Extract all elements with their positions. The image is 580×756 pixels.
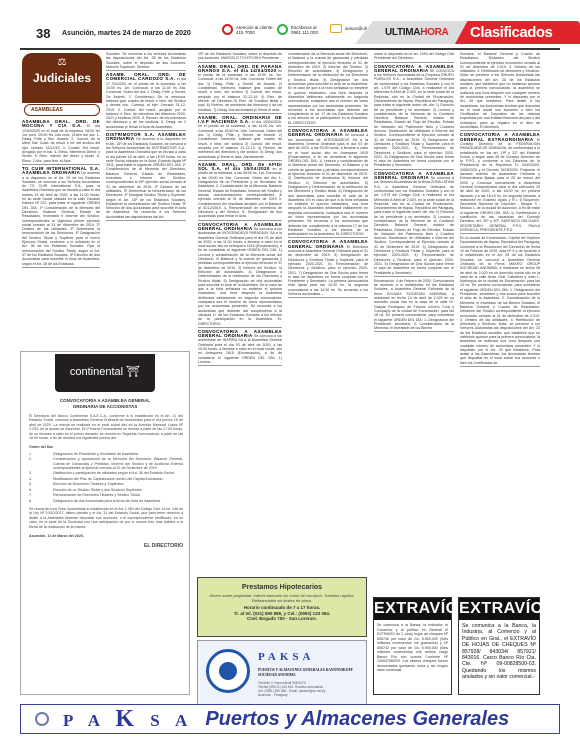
ad-body: Encarnación, 4 de Febrero de 2020. Convo… <box>374 279 454 330</box>
asambleas-label: ASAMBLEAS <box>31 107 63 113</box>
column-6: Sociales, el Balance General y Cuadro de… <box>460 52 540 594</box>
item-text: Distribución y participación de utilidad… <box>53 471 175 475</box>
ad-body: 15º de los Estatutos Sociales, sobre el … <box>198 52 282 60</box>
ad-heading: ASAMB. ORAL. ORD. DE COMERCIAL CARDOZO S… <box>106 72 186 81</box>
classified-ad: CONVOCATORIA A ASAMBLEA GENERAL EXTRAORD… <box>460 133 540 234</box>
continental-body: El Directorio del Banco Continental S.A.… <box>29 414 183 549</box>
email-icon <box>330 24 342 33</box>
contact-phone: Atención al cliente:415 7000 <box>222 24 274 35</box>
paksa-footer-banner: P A K S A Puertos y Almacenes Generales <box>20 704 560 734</box>
classified-ad: CONVOCATORIA A ASAMBLEA GENERAL ORDINARI… <box>374 65 454 170</box>
item-text: Designación de dos Accionistas para la f… <box>53 499 161 503</box>
classified-ad: CONVOCATORIA A ASAMBLEA GENERAL ORDINARI… <box>374 172 454 277</box>
agenda-item: 3.Distribución y participación de utilid… <box>29 471 183 475</box>
agenda-item: 8.Designación de dos Accionistas para la… <box>29 499 183 503</box>
item-number: 3. <box>29 471 33 475</box>
asambleas-subheading: ASAMBLEAS <box>24 104 100 116</box>
extravio-title: EXTRAVÍO <box>374 598 451 620</box>
classified-ad: Sociales, el Balance General y Cuadro de… <box>460 52 540 131</box>
ad-body: De acuerdo a lo dispuesto en el Art. 15º… <box>106 137 186 218</box>
logo-ultima: ULTIMA <box>385 27 420 38</box>
ad-heading: ASAMB. ORAL. ORD. DE PARANA GRANOS S.A. … <box>198 64 282 73</box>
continental-ad: continental ⛩ CONVOCATORIA A ASAMBLEA GE… <box>20 351 190 695</box>
classified-ad: ASAMB. ORAL. ORD. De AFIDI SOL S.A. el d… <box>198 163 282 221</box>
paksa-city: Asunción - Paraguay <box>258 693 325 697</box>
paksa-subtitle: PUERTOS Y ALMACENES GENERALES KANONNIKOF… <box>258 668 366 677</box>
contact-value: 415 7000 <box>236 30 255 35</box>
continental-logo: continental ⛩ <box>55 354 155 392</box>
ad-title: Prestamos Hipotecarios <box>198 584 366 591</box>
whatsapp-icon <box>277 24 288 35</box>
ad-body: el día 17 /04/2020, en el predio de la s… <box>106 77 186 128</box>
ad-address: Cnel. Bogado 750 - San Lorenzo. <box>198 616 366 622</box>
item-text: Elección de un Síndico Titular y dos Sín… <box>53 488 143 492</box>
paksa-brand: P A K S A <box>63 706 193 733</box>
intro-text: El Directorio del Banco Continental S.A.… <box>29 414 183 440</box>
ad-body: Se convoca a los Señores Accionistas de … <box>374 176 454 275</box>
ad-contact: Horario continuado de 7 a 17 horas. Tr. … <box>198 605 366 622</box>
agenda-item: 5.Elección de Directores Titulares y Sup… <box>29 482 183 486</box>
ad-body: Se convoca a los accionistas de INTEGRAD… <box>288 133 368 236</box>
agenda-item: 2.Consideración y aprobación de la Memor… <box>29 457 183 470</box>
ad-tagline: Dinero sobre propiedad. Interes bancario… <box>198 593 366 603</box>
classified-ad: ASAMB. ORAL. ORD. DE COMERCIAL CARDOZO S… <box>106 73 186 131</box>
prestamos-hipotecarios-ad: Prestamos Hipotecarios Dinero sobre prop… <box>197 577 367 637</box>
contact-value: 0981 111 003 <box>291 30 318 35</box>
column-3: 15º de los Estatutos Sociales, sobre el … <box>198 52 282 574</box>
paksa-name: PAKSA <box>258 651 314 663</box>
ad-body: sobre lo dispuesto en el art. 1094 del C… <box>374 52 454 60</box>
shareholder-note: Se recuerda a los Sres. Accionistas lo e… <box>29 507 183 529</box>
classified-ad: sobre lo dispuesto en el art. 1094 del C… <box>374 52 454 63</box>
classified-ad: DISTRIMOTOR S.A. ASAMBLEA ORDINARIA De a… <box>106 133 186 221</box>
extravio-body: Se comunica a la Banca, la Industria, el… <box>374 620 451 676</box>
agenda-list: 1.Designación de Presidente y Secretario… <box>29 452 183 503</box>
agenda-item: 4.Modificación del Plan de Capitalizació… <box>29 477 183 481</box>
page-header: 38 Asunción, martes 24 de marzo de 2020 … <box>0 0 580 52</box>
classified-ad: CONVOCATORIA A ASAMBLEA GENERAL ORDINARI… <box>288 129 368 238</box>
agenda-item: 1.Designación de Presidente y Secretario… <box>29 452 183 456</box>
ad-body: en el predio de la sociedad, a las 13:00… <box>198 69 282 112</box>
classified-ad: 15º de los Estatutos Sociales, sobre el … <box>198 52 282 63</box>
extravio-notice-1: EXTRAVÍO Se comunica a la Banca, la Indu… <box>373 597 452 695</box>
item-number: 4. <box>29 477 33 481</box>
contact-whatsapp: Escribinos al0981 111 003 <box>277 24 318 35</box>
paksa-tagline: Puertos y Almacenes Generales <box>205 708 509 731</box>
ad-body: el día 15/04/2020, en el predio de la so… <box>198 120 282 158</box>
section-title: Clasificados <box>470 24 552 41</box>
phone-icon <box>222 24 233 35</box>
ad-heading: ASAMB. ORAL. ORD. De AFIDI SOL S.A. el d… <box>198 162 282 171</box>
item-number: 2. <box>29 457 33 470</box>
ad-heading: CONVOCATORIA A ASAMBLEA GENERAL EXTRAORD… <box>460 132 540 141</box>
ad-body: El Directorio convoca a Asamblea General… <box>288 245 368 296</box>
agenda-item: 6.Elección de un Síndico Titular y dos S… <box>29 488 183 492</box>
paksa-seal-icon <box>35 712 49 726</box>
ad-body: De acuerdo a lo dispuesto en el Art. 29 … <box>22 171 100 265</box>
ad-body: El Consejo Directivo de la FEDERACION PA… <box>460 138 540 232</box>
ad-body: en el predio de la sociedad, a las 08:00… <box>198 167 282 218</box>
header-divider <box>20 48 560 50</box>
column-2: Sociales. Se recuerda a los señores Acci… <box>106 52 186 348</box>
ad-body: consideración de la Memoria anual del Di… <box>288 52 368 125</box>
paksa-ad: PAKSA PUERTOS Y ALMACENES GENERALES KANO… <box>197 640 367 710</box>
ad-body: Se convoca a los accionistas de INSPIRA … <box>198 334 282 364</box>
classified-ad: CONVOCATORIA A ASAMBLEA GENERAL ORDINARI… <box>288 240 368 298</box>
issue-date: Asunción, martes 24 de marzo de 2020 <box>62 30 191 37</box>
item-text: Consideración y aprobación de la Memoria… <box>53 457 183 470</box>
item-number: 1. <box>29 452 33 456</box>
item-number: 8. <box>29 499 33 503</box>
ad-body: Sociales, el Balance General y Cuadro de… <box>460 52 540 129</box>
classified-ad: consideración de la Memoria anual del Di… <box>288 52 368 127</box>
item-number: 7. <box>29 493 33 497</box>
classified-ad: Sociales. Se recuerda a los señores Acci… <box>106 52 186 71</box>
continental-title: CONVOCATORIA A ASAMBLEA GENERAL ORDINARI… <box>21 398 189 410</box>
signed-date: Asunción, 11 de Marzo del 2020. <box>29 534 183 538</box>
agenda-item: 7.Remuneración de Directores Titulares y… <box>29 493 183 497</box>
paksa-info: Teniente V. Kanonnikoff 998/1070. Telefa… <box>258 681 325 697</box>
classified-ad: ASAMB. ORAL. ORD. DE PARANA GRANOS S.A. … <box>198 65 282 114</box>
classified-ad: ASAMBLEA GRAL. ORD. DE MOCONA Y CIA S.A.… <box>22 120 100 165</box>
extravio-body: Se comunica a la Banca, la Industria, al… <box>459 620 539 684</box>
ad-body: SE CONVOCA a los Señores Accionistas de … <box>374 69 454 168</box>
classified-ad: CONVOCATORIA A ASAMBLEA GENERAL ORDINARI… <box>198 330 282 366</box>
item-text: Remuneración de Directores Titulares y S… <box>53 493 141 497</box>
signature: EL DIRECTORIO <box>29 544 183 548</box>
item-number: 5. <box>29 482 33 486</box>
ad-body: En la ciudad de Encarnación, Capital del… <box>460 236 540 365</box>
logo-text: continental <box>70 366 123 378</box>
classified-ad: CONVOCATORIA A ASAMBLEA GENERAL ORDINARI… <box>198 223 282 328</box>
column-5: sobre lo dispuesto en el art. 1094 del C… <box>374 52 454 594</box>
item-text: Elección de Directores Titulares y Suple… <box>53 482 124 486</box>
item-text: Designación de Presidente y Secretario d… <box>53 452 139 456</box>
judiciales-badge: ⚖ Judiciales <box>22 53 102 103</box>
item-text: Modificación del Plan de Capitalización … <box>53 477 163 481</box>
judiciales-label: Judiciales <box>22 71 102 85</box>
classified-ad: En la ciudad de Encarnación, Capital del… <box>460 236 540 367</box>
page-number: 38 <box>36 26 50 41</box>
paksa-seal-icon <box>206 649 250 693</box>
logo-hora: HORA <box>420 27 448 38</box>
extravio-notice-2: EXTRAVÍO Se comunica a la Banca, la Indu… <box>458 597 540 695</box>
ad-body: El día 12/04/2020 en el local de la empr… <box>22 124 100 162</box>
ad-body: Se convoca a los accionistas de INTEGRAD… <box>198 227 282 326</box>
extravio-title: EXTRAVÍO <box>459 598 539 620</box>
item-number: 6. <box>29 488 33 492</box>
ultimahora-logo: ULTIMAHORA <box>385 27 448 38</box>
column-4: consideración de la Memoria anual del Di… <box>288 52 368 574</box>
classified-ad: TG CUIR INTERNATIONAL S.A. ASAMBLEA ORDI… <box>22 167 100 268</box>
orden-del-dia-label: Orden del Día: <box>29 445 183 449</box>
title-line-2: ORDINARIA DE ACCIONISTAS <box>21 404 189 410</box>
classified-ad: ASAMB. ORAL. ORDINARIA DE I.V.P HACIENDA… <box>198 116 282 161</box>
column-1: ASAMBLEA GRAL. ORD. DE MOCONA Y CIA S.A.… <box>22 120 100 348</box>
ad-body: Sociales. Se recuerda a los señores Acci… <box>106 52 186 69</box>
bank-building-icon: ⛩ <box>126 366 140 378</box>
scales-of-justice-icon: ⚖ <box>22 57 102 68</box>
classified-ad: Encarnación, 4 de Febrero de 2020. Convo… <box>374 279 454 333</box>
